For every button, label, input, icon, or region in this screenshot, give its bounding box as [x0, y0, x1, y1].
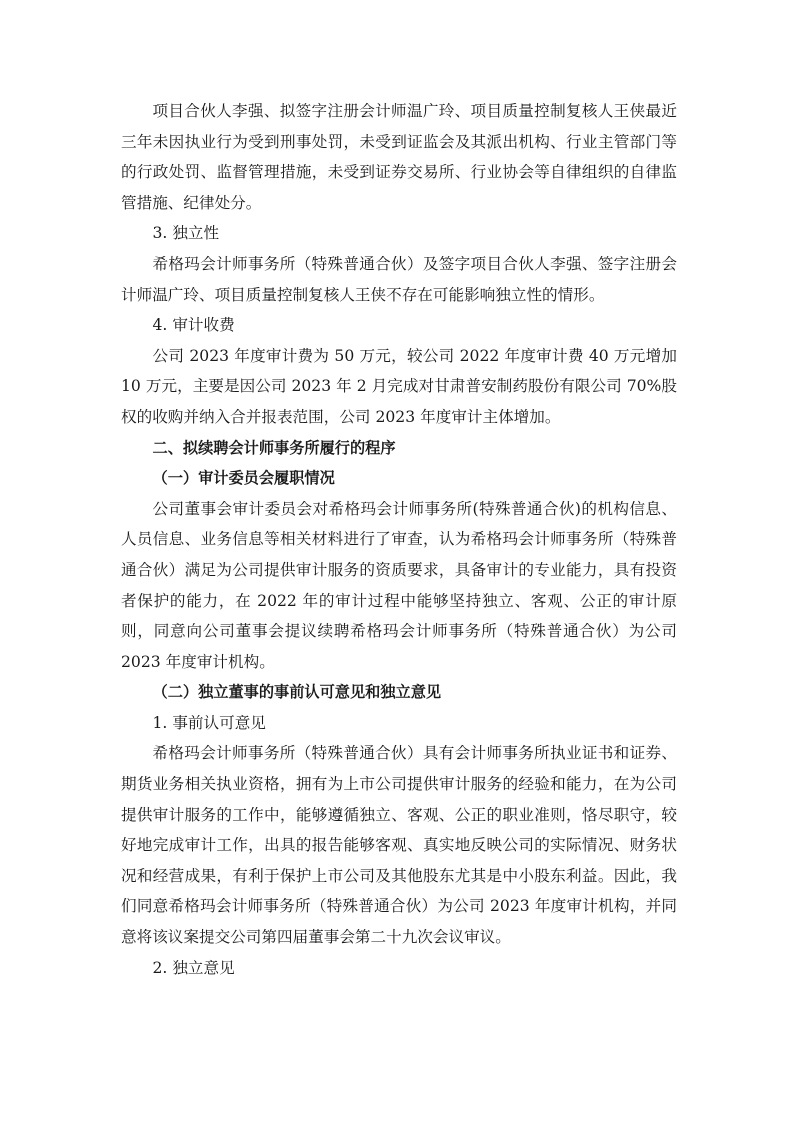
paragraph-independence: 希格玛会计师事务所（特殊普通合伙）及签字项目合伙人李强、签字注册会计师温广玲、项…	[121, 249, 677, 310]
heading-independent-directors: （二）独立董事的事前认可意见和独立意见	[121, 677, 677, 708]
subheading-audit-fee: 4. 审计收费	[121, 310, 677, 341]
subheading-independent-opinion: 2. 独立意见	[121, 953, 677, 984]
subheading-independence: 3. 独立性	[121, 218, 677, 249]
subheading-prior-approval: 1. 事前认可意见	[121, 708, 677, 739]
paragraph-penalty-record: 项目合伙人李强、拟签字注册会计师温广玲、项目质量控制复核人王侠最近三年未因执业行…	[121, 96, 677, 218]
heading-renewal-procedure: 二、拟续聘会计师事务所履行的程序	[121, 433, 677, 464]
heading-audit-committee: （一）审计委员会履职情况	[121, 463, 677, 494]
paragraph-audit-fee: 公司 2023 年度审计费为 50 万元，较公司 2022 年度审计费 40 万…	[121, 341, 677, 433]
document-page: 项目合伙人李强、拟签字注册会计师温广玲、项目质量控制复核人王侠最近三年未因执业行…	[121, 96, 677, 983]
paragraph-audit-committee: 公司董事会审计委员会对希格玛会计师事务所(特殊普通合伙)的机构信息、人员信息、业…	[121, 494, 677, 678]
paragraph-prior-approval: 希格玛会计师事务所（特殊普通合伙）具有会计师事务所执业证书和证券、期货业务相关执…	[121, 738, 677, 952]
